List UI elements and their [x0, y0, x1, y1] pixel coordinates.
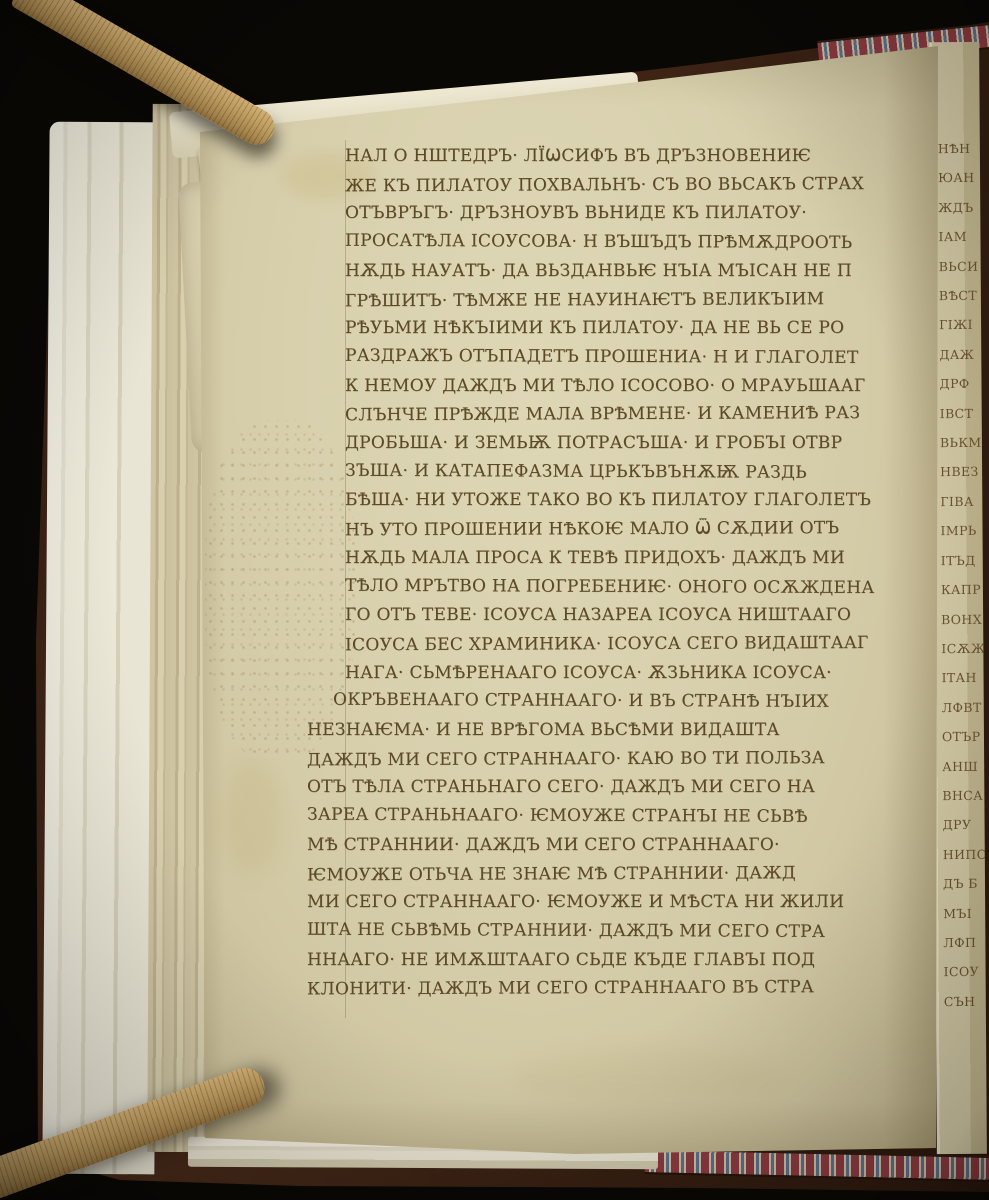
manuscript-line: НѪДЬ МАЛА ПРОСА К ТЕВѢ ПРИДОХЪ· ДАЖДЪ МИ	[345, 544, 930, 573]
manuscript-line: ГРѢШИТЪ· ТѢМЖЕ НЕ НАУИНАѤТЪ ВЕЛИКЪІИМ	[345, 284, 930, 315]
manuscript-line: НЕЗНАѤМА· И НЕ ВРѢГОМА ВЬСѢМИ ВИДАШТА	[307, 716, 930, 745]
edge-fragment: ДАЖ	[939, 340, 981, 370]
manuscript-line: СЛЪНЧЕ ПРѢЖДЕ МАЛА ВРѢМЕНЕ· И КАМЕНИѢ РА…	[345, 399, 930, 430]
manuscript-line: ОКРЪВЕНААГО СТРАННААГО· И ВЪ СТРАНѢ НЪІИ…	[333, 686, 930, 717]
edge-fragment: ВѢСТ	[939, 281, 981, 311]
manuscript-line: МИ СЕГО СТРАННААГО· ѤМОУЖЕ И МѢСТА НИ ЖИ…	[307, 888, 930, 917]
manuscript-line: ОТЪВРЪГЪ· ДРЪЗНОУВЪ ВЬНИДЕ КЪ ПИЛАТОУ·	[345, 199, 930, 228]
parchment-stain	[515, 1050, 785, 1105]
edge-fragment: ВНСА	[942, 781, 984, 811]
edge-fragment: ІТАН	[941, 663, 983, 693]
parchment-stain	[223, 760, 283, 875]
edge-fragment: ЮАН	[938, 163, 980, 193]
edge-fragment: ДРФ	[939, 369, 981, 399]
edge-fragment: НѢН	[938, 134, 980, 164]
edge-fragment: ГІВА	[940, 487, 982, 517]
edge-fragment: ІАМ	[938, 222, 980, 252]
edge-fragment: АНШ	[942, 751, 984, 781]
edge-fragment: НИПО	[943, 840, 985, 870]
edge-fragment: ДЪ Б	[943, 869, 985, 899]
manuscript-line: НЪ УТО ПРОШЕНИИ НѢКОѤ МАЛО Ѿ СѪДИИ ОТЪ	[345, 514, 930, 545]
edge-fragment: ГІЖІ	[939, 310, 981, 340]
edge-fragment: ІСѪЖ	[941, 634, 983, 664]
manuscript-line: К НЕМОУ ДАЖДЪ МИ ТѢЛО ІСОСОВО· О МРАУЬША…	[345, 372, 930, 401]
edge-fragment: ІМРЬ	[940, 516, 982, 546]
manuscript-line: МѢ СТРАННИИ· ДАЖДЪ МИ СЕГО СТРАННААГО·	[307, 831, 930, 860]
edge-fragment: КАПР	[941, 575, 983, 605]
manuscript-line: ЖЕ КЪ ПИЛАТОУ ПОХВАЛЬНЪ· СЪ ВО ВЬСАКЪ СТ…	[345, 169, 930, 200]
manuscript-line: КЛОНИТИ· ДАЖДЪ МИ СЕГО СТРАННААГО ВЪ СТР…	[307, 973, 930, 1004]
edge-fragment: ЛФВТ	[942, 693, 984, 723]
manuscript-line: ПРОСАТѢЛА ІСОУСОВА· Н ВЪШЪДЪ ПРѢМѪДРООТЬ	[345, 227, 930, 258]
edge-fragment: ВОНХ	[941, 604, 983, 634]
manuscript-text-block: НАЛ О НШТЕДРЪ· ЛЇѠСИФЪ ВЪ ДРЪЗНОВЕНИѤ ЖЕ…	[345, 142, 930, 1003]
edge-fragment: СЪН	[944, 987, 986, 1017]
manuscript-line: ДРОБЬША· И ЗЕМЬѬ ПОТРАСЪША· И ГРОБЪІ ОТВ…	[345, 429, 930, 458]
manuscript-line: ѤМОУЖЕ ОТЬЧА НЕ ЗНАѤ МѢ СТРАННИИ· ДАЖД	[307, 858, 930, 889]
manuscript-line: ІСОУСА БЕС ХРАМИНИКА· ІСОУСА СЕГО ВИДАШТ…	[345, 629, 930, 660]
fore-edge-text-column: НѢН ЮАН ЖДЪ ІАМ ВЬСИ ВѢСТ ГІЖІ ДАЖ ДРФ І…	[938, 134, 986, 1016]
parchment-page: НАЛ О НШТЕДРЪ· ЛЇѠСИФЪ ВЪ ДРЪЗНОВЕНИѤ ЖЕ…	[195, 40, 943, 1156]
manuscript-line: НАГА· СЬМѢРЕНААГО ІСОУСА· ѪЗЬНИКА ІСОУСА…	[345, 659, 930, 688]
manuscript-line: ГО ОТЪ ТЕВЕ· ІСОУСА НАЗАРЕА ІСОУСА НИШТА…	[345, 601, 930, 630]
manuscript-line: БѢША· НИ УТОЖЕ ТАКО ВО КЪ ПИЛАТОУ ГЛАГОЛ…	[345, 486, 930, 515]
edge-fragment: ОТЪР	[942, 722, 984, 752]
edge-fragment: МЪІ	[943, 898, 985, 928]
edge-fragment: НВЕЗ	[940, 457, 982, 487]
edge-fragment: ДРУ	[942, 810, 984, 840]
edge-fragment: ІСОУ	[944, 957, 986, 987]
next-folio-fore-edge: НѢН ЮАН ЖДЪ ІАМ ВЬСИ ВѢСТ ГІЖІ ДАЖ ДРФ І…	[929, 42, 987, 1154]
manuscript-line: РАЗДРАЖЪ ОТЪПАДЕТЪ ПРОШЕНИА· Н И ГЛАГОЛЕ…	[345, 342, 930, 373]
manuscript-photo-stage: НѢН ЮАН ЖДЪ ІАМ ВЬСИ ВѢСТ ГІЖІ ДАЖ ДРФ І…	[0, 0, 989, 1200]
edge-fragment: ВЬКМ	[940, 428, 982, 458]
edge-fragment: ЖДЪ	[938, 193, 980, 223]
flyleaf-paper-edges	[42, 122, 161, 1175]
edge-fragment: ВЬСИ	[939, 251, 981, 281]
manuscript-line: РѢУЬМИ НѢКЪІИМИ КЪ ПИЛАТОУ· ДА НЕ ВЬ СЕ …	[345, 314, 930, 343]
manuscript-line: НАЛ О НШТЕДРЪ· ЛЇѠСИФЪ ВЪ ДРЪЗНОВЕНИѤ	[345, 142, 930, 171]
manuscript-line: ШТА НЕ СЬВѢМЬ СТРАННИИ· ДАЖДЪ МИ СЕГО СТ…	[307, 916, 930, 947]
manuscript-line: ННААГО· НЕ ИМѪШТААГО СЬДЕ КЪДЕ ГЛАВЪІ ПО…	[307, 946, 930, 975]
manuscript-line: ДАЖДЪ МИ СЕГО СТРАННААГО· КАЮ ВО ТИ ПОЛЬ…	[307, 743, 930, 774]
edge-fragment: ЛФП	[943, 928, 985, 958]
edge-fragment: ІВСТ	[940, 398, 982, 428]
edge-fragment: ІТЪД	[941, 546, 983, 576]
manuscript-line: ЗЪША· И КАТАПЕФАЗМА ЦРЬКЪВЪНѪѬ РАЗДЬ	[345, 456, 930, 487]
manuscript-line: ЗАРЕА СТРАНЬНААГО· ѤМОУЖЕ СТРАНЪІ НЕ СЬВ…	[307, 801, 930, 832]
manuscript-line: ТѢЛО МРЪТВО НА ПОГРЕБЕНИѤ· ОНОГО ОСѪЖДЕН…	[345, 571, 930, 602]
manuscript-line: НѪДЬ НАУАТЪ· ДА ВЬЗДАНВЬѤ НЪІА МЪІСАН НЕ…	[345, 257, 930, 286]
manuscript-line: ОТЪ ТѢЛА СТРАНЬНАГО СЕГО· ДАЖДЪ МИ СЕГО …	[307, 773, 930, 802]
